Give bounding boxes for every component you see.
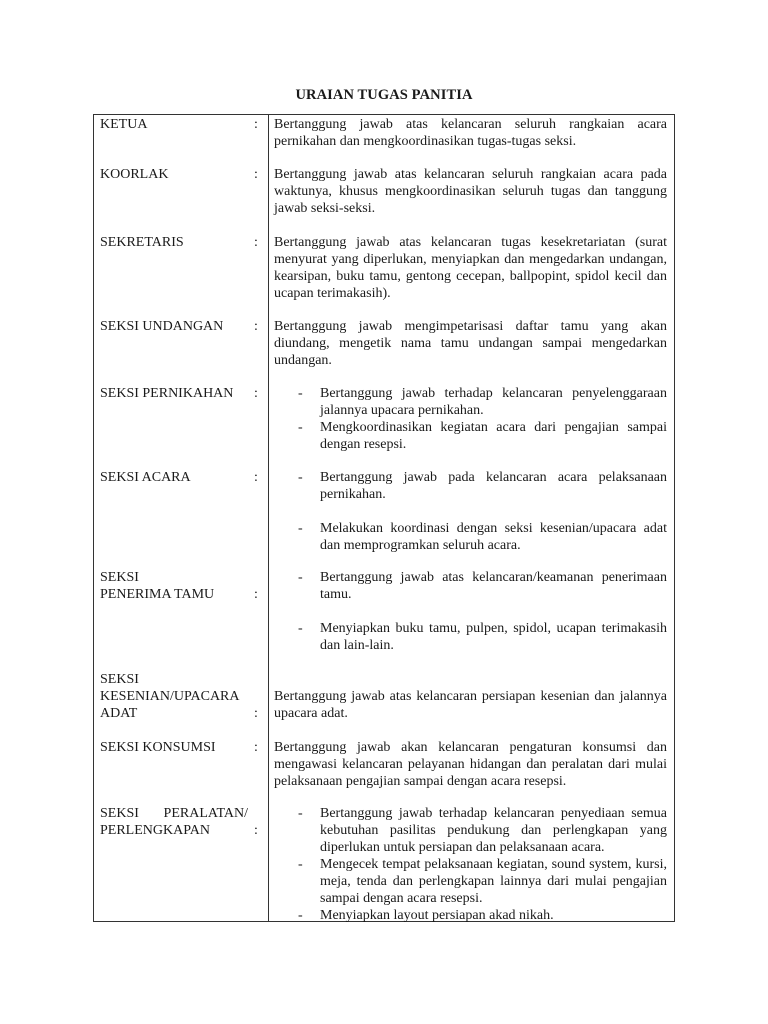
role-description: Bertanggung jawab akan kelancaran pengat…: [274, 739, 667, 790]
separator-colon: :: [254, 385, 258, 402]
role-duties-list: -Bertanggung jawab terhadap kelancaran p…: [274, 385, 667, 453]
role-label: KOORLAK: [100, 166, 262, 183]
duty-item: -Bertanggung jawab pada kelancaran acara…: [274, 469, 667, 503]
role-label: SEKSI PERALATAN/: [100, 805, 248, 822]
dash-bullet: -: [298, 856, 303, 873]
separator-colon: :: [254, 586, 258, 603]
role-duties-list: -Bertanggung jawab pada kelancaran acara…: [274, 469, 667, 554]
column-divider: [268, 115, 269, 921]
role-label: SEKSI PERNIKAHAN: [100, 385, 262, 402]
duty-item: -Mengkoordinasikan kegiatan acara dari p…: [274, 419, 667, 453]
dash-bullet: -: [298, 469, 303, 486]
duty-item: -Bertanggung jawab terhadap kelancaran p…: [274, 805, 667, 856]
role-description: Bertanggung jawab atas kelancaran tugas …: [274, 234, 667, 302]
separator-colon: :: [254, 705, 258, 722]
role-description: Bertanggung jawab atas kelancaran seluru…: [274, 116, 667, 150]
separator-colon: :: [254, 318, 258, 335]
role-label: SEKSI ACARA: [100, 469, 262, 486]
separator-colon: :: [254, 739, 258, 756]
role-label-continued: PERLENGKAPAN: [100, 822, 262, 839]
role-duties-list: -Bertanggung jawab terhadap kelancaran p…: [274, 805, 667, 924]
role-description: Bertanggung jawab mengimpetarisasi dafta…: [274, 318, 667, 369]
duty-item: -Bertanggung jawab terhadap kelancaran p…: [274, 385, 667, 419]
role-label: KETUA: [100, 116, 262, 133]
separator-colon: :: [254, 166, 258, 183]
role-description: Bertanggung jawab atas kelancaran seluru…: [274, 166, 667, 217]
duties-table: KETUA : Bertanggung jawab atas kelancara…: [93, 114, 675, 922]
duty-item: -Mengecek tempat pelaksanaan kegiatan, s…: [274, 856, 667, 907]
role-duties-list: -Bertanggung jawab atas kelancaran/keama…: [274, 569, 667, 654]
dash-bullet: -: [298, 907, 303, 924]
dash-bullet: -: [298, 385, 303, 402]
dash-bullet: -: [298, 620, 303, 637]
duty-item: -Bertanggung jawab atas kelancaran/keama…: [274, 569, 667, 603]
dash-bullet: -: [298, 569, 303, 586]
dash-bullet: -: [298, 805, 303, 822]
document-title: URAIAN TUGAS PANITIA: [0, 87, 768, 104]
duty-item: -Menyiapkan buku tamu, pulpen, spidol, u…: [274, 620, 667, 654]
duty-item: -Melakukan koordinasi dengan seksi kesen…: [274, 520, 667, 554]
role-label: SEKSI UNDANGAN: [100, 318, 262, 335]
separator-colon: :: [254, 822, 258, 839]
role-label: SEKSI KESENIAN/UPACARA ADAT: [100, 671, 262, 722]
separator-colon: :: [254, 116, 258, 133]
duty-item: -Menyiapkan layout persiapan akad nikah.: [274, 907, 667, 924]
role-label: SEKRETARIS: [100, 234, 262, 251]
separator-colon: :: [254, 234, 258, 251]
dash-bullet: -: [298, 520, 303, 537]
separator-colon: :: [254, 469, 258, 486]
role-description: Bertanggung jawab atas kelancaran persia…: [274, 688, 667, 722]
role-label: SEKSI PENERIMA TAMU: [100, 569, 262, 603]
dash-bullet: -: [298, 419, 303, 436]
role-label: SEKSI KONSUMSI: [100, 739, 262, 756]
